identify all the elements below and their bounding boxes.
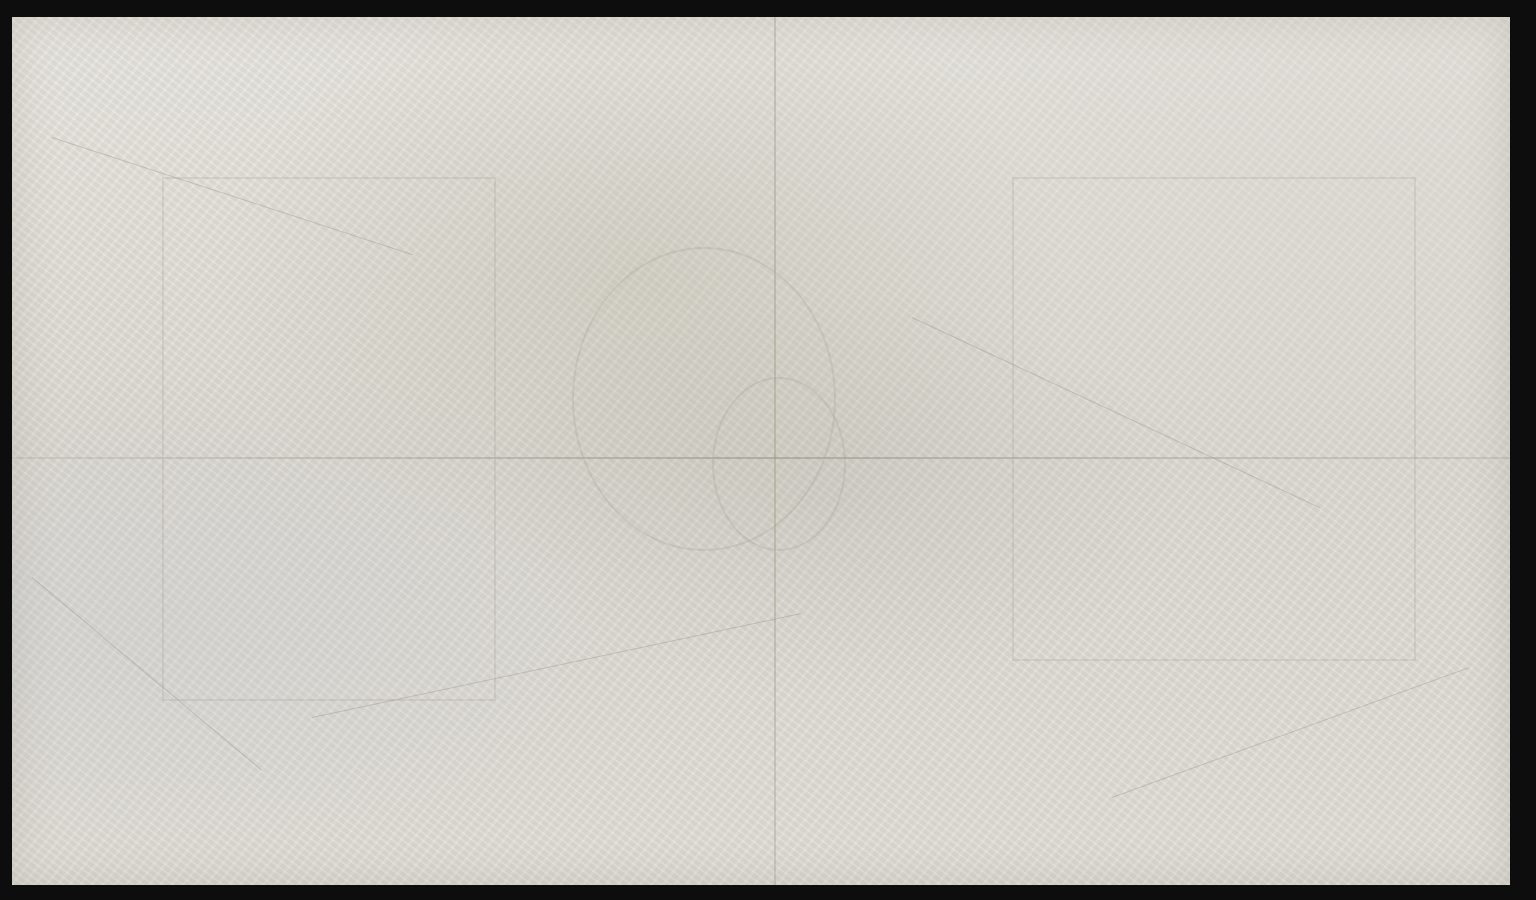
banknote-paper xyxy=(12,17,1510,885)
show-through-right-frame xyxy=(1012,177,1416,661)
show-through-left-frame xyxy=(162,177,496,701)
show-through-zero-mark xyxy=(712,377,846,551)
paper-crease xyxy=(1112,667,1469,798)
